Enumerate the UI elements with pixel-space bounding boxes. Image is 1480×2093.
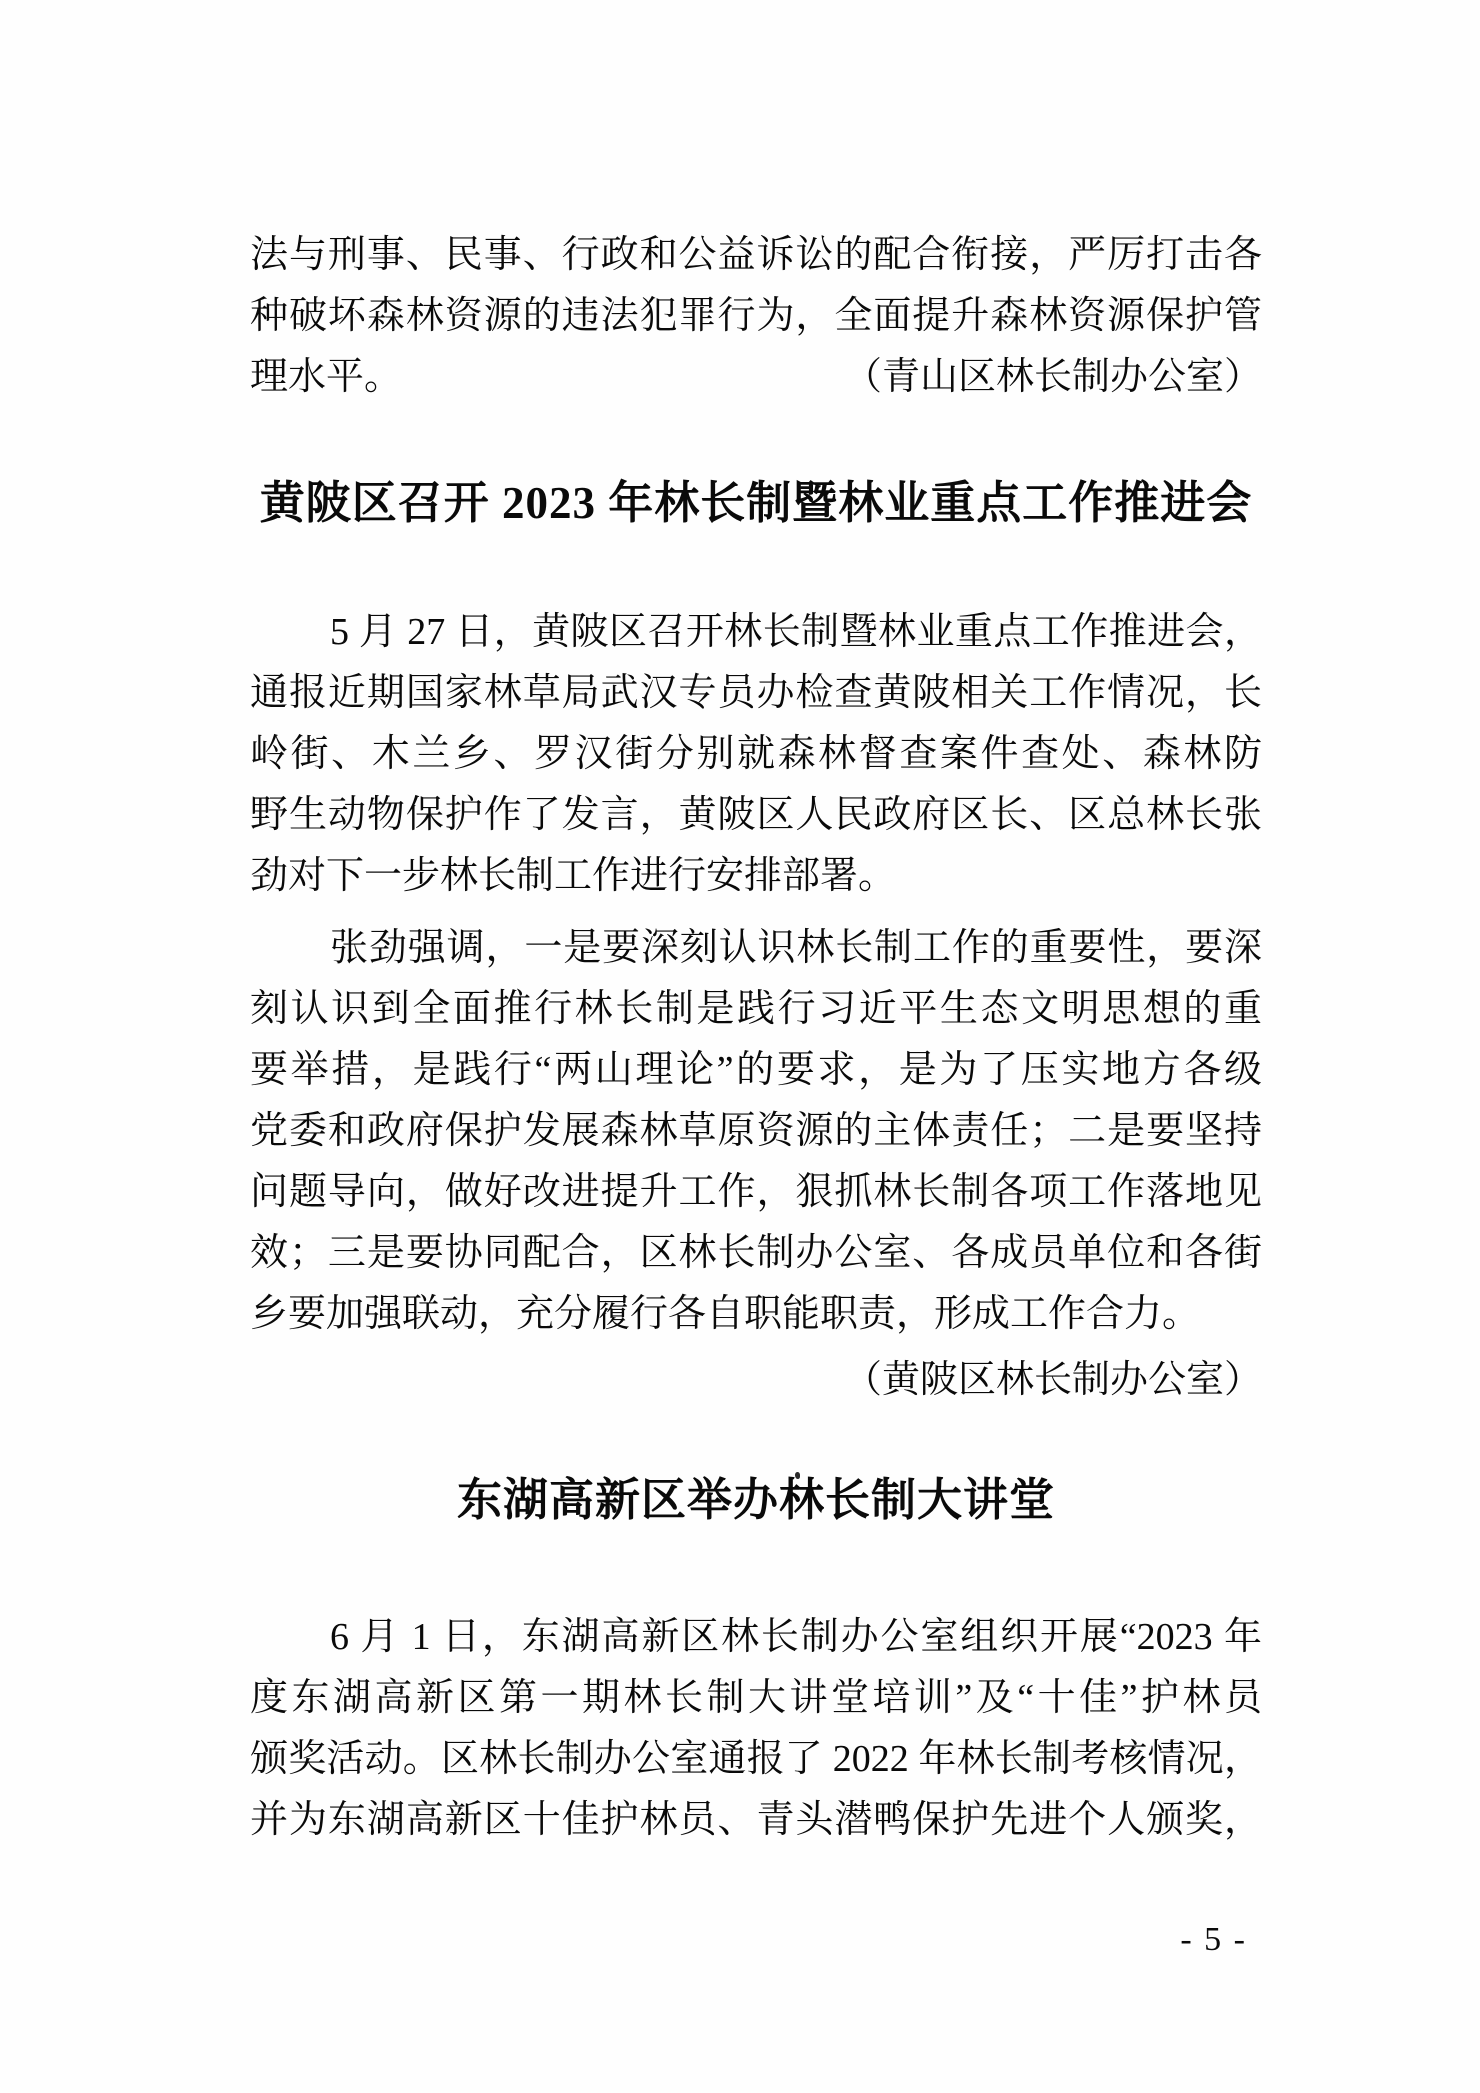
body-line: 要举措，是践行“两山理论”的要求，是为了压实地方各级 [250,1040,1262,1101]
document-page: 法与刑事、民事、行政和公益诉讼的配合衔接，严厉打击各 种破坏森林资源的违法犯罪行… [0,0,1480,2093]
page-number: - 5 - [1180,1920,1247,1960]
attribution-huangpi: （黄陂区林长制办公室） [250,1350,1262,1411]
body-line: 6 月 1 日，东湖高新区林长制办公室组织开展“2023 年 [250,1607,1262,1668]
body-line: 并为东湖高新区十佳护林员、青头潜鸭保护先进个人颁奖， [250,1790,1262,1851]
body-line: 问题导向，做好改进提升工作，狠抓林长制各项工作落地见 [250,1162,1262,1223]
attribution-qingshan: （青山区林长制办公室） [844,347,1262,408]
body-line: 党委和政府保护发展森林草原资源的主体责任；二是要坚持 [250,1101,1262,1162]
body-line: 颁奖活动。区林长制办公室通报了 2022 年林长制考核情况， [250,1729,1262,1790]
body-line: 5 月 27 日，黄陂区召开林长制暨林业重点工作推进会， [250,602,1262,663]
article-title-donghu: 东湖高新区举办林长制大讲堂 [250,1469,1262,1531]
body-line: 种破坏森林资源的违法犯罪行为，全面提升森林资源保护管 [250,286,1262,347]
section-donghu-paragraph-1: 6 月 1 日，东湖高新区林长制办公室组织开展“2023 年 度东湖高新区第一期… [250,1607,1262,1851]
body-line: 理水平。 [250,347,402,408]
body-line: 法与刑事、民事、行政和公益诉讼的配合衔接，严厉打击各 [250,225,1262,286]
body-line: 野生动物保护作了发言，黄陂区人民政府区长、区总林长张 [250,785,1262,846]
body-line: 刻认识到全面推行林长制是践行习近平生态文明思想的重 [250,979,1262,1040]
section-huangpi-paragraph-1: 5 月 27 日，黄陂区召开林长制暨林业重点工作推进会， 通报近期国家林草局武汉… [250,602,1262,907]
body-line: 劲对下一步林长制工作进行安排部署。 [250,846,1262,907]
body-line: 张劲强调，一是要深刻认识林长制工作的重要性，要深 [250,918,1262,979]
article-title-huangpi: 黄陂区召开 2023 年林长制暨林业重点工作推进会 [250,472,1262,534]
closing-line: 理水平。 （青山区林长制办公室） [250,347,1262,408]
scan-speck-mark [795,1472,800,1479]
body-line: 度东湖高新区第一期林长制大讲堂培训”及“十佳”护林员 [250,1668,1262,1729]
body-line: 乡要加强联动，充分履行各自职能职责，形成工作合力。 [250,1284,1262,1345]
body-line: 岭街、木兰乡、罗汉街分别就森林督查案件查处、森林防火、 [250,724,1262,785]
section-intro-continuation: 法与刑事、民事、行政和公益诉讼的配合衔接，严厉打击各 种破坏森林资源的违法犯罪行… [250,225,1262,408]
body-line: 通报近期国家林草局武汉专员办检查黄陂相关工作情况，长 [250,663,1262,724]
page-content: 法与刑事、民事、行政和公益诉讼的配合衔接，严厉打击各 种破坏森林资源的违法犯罪行… [250,225,1262,1851]
body-line: 效；三是要协同配合，区林长制办公室、各成员单位和各街 [250,1223,1262,1284]
section-huangpi-paragraph-2: 张劲强调，一是要深刻认识林长制工作的重要性，要深 刻认识到全面推行林长制是践行习… [250,918,1262,1345]
